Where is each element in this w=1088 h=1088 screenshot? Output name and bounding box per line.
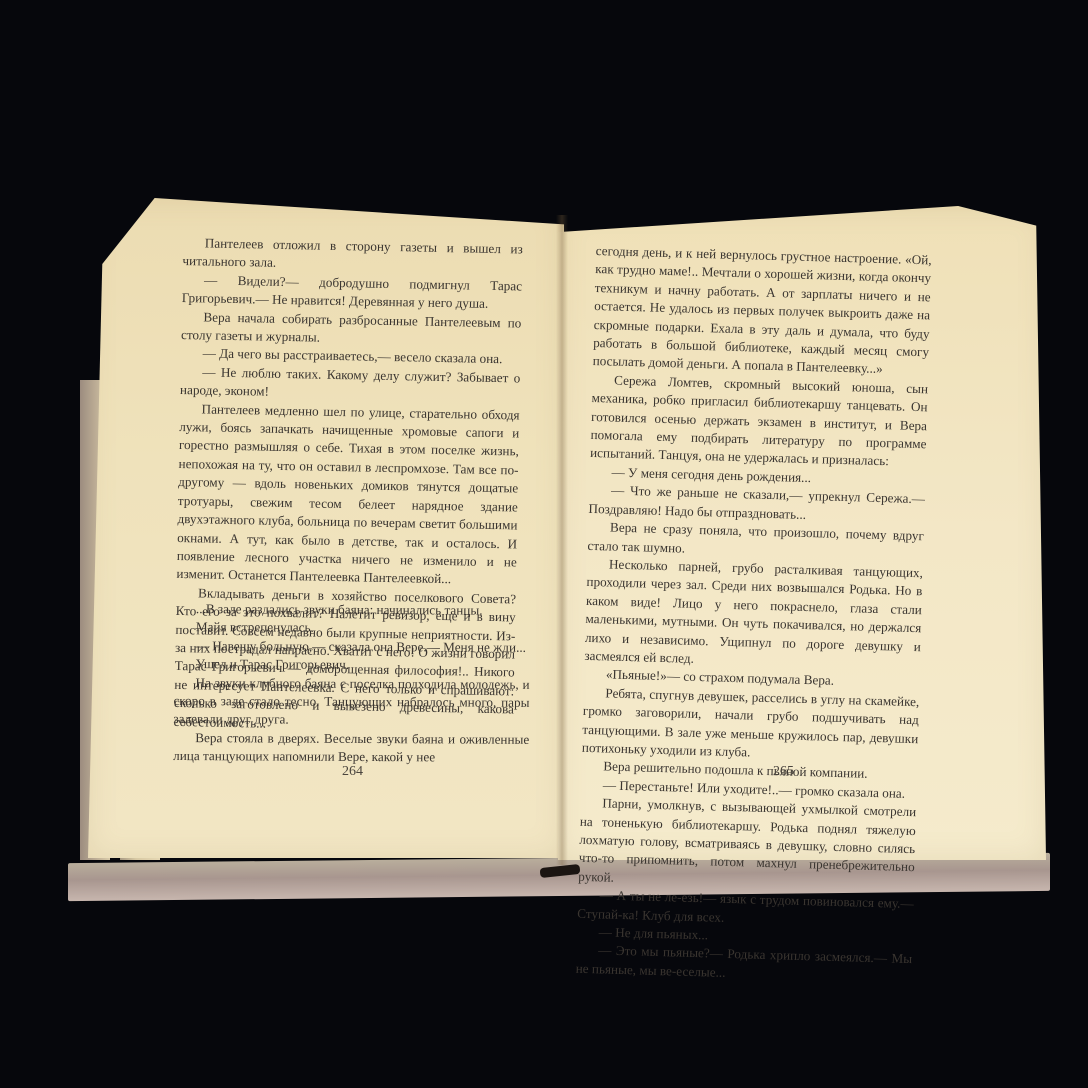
paragraph: Майя встрепенулась. bbox=[174, 618, 530, 638]
paragraph: сегодня день, и к ней вернулось грустное… bbox=[592, 242, 931, 380]
book-gutter bbox=[556, 215, 568, 865]
paragraph: — Не люблю таких. Какому делу служит? За… bbox=[180, 363, 521, 406]
paragraph: Сережа Ломтев, скромный высокий юноша, с… bbox=[590, 371, 928, 472]
paragraph: Ребята, спугнув девушек, расселись в угл… bbox=[582, 684, 920, 767]
right-page-text: сегодня день, и к ней вернулось грустное… bbox=[575, 242, 931, 987]
paragraph: Ушел и Тарас Григорьевич. bbox=[174, 655, 530, 675]
photo-scene: Пантелеев отложил в сторону газеты и выш… bbox=[0, 0, 1088, 1088]
left-page-text-section-2: ...В зале раздались звуки баяна: начинал… bbox=[173, 600, 530, 768]
paragraph: Пантелеев медленно шел по улице, старате… bbox=[176, 400, 519, 591]
paragraph: Несколько парней, грубо расталкивая танц… bbox=[584, 555, 923, 675]
page-number-left: 264 bbox=[342, 764, 363, 780]
paragraph: Пантелеев отложил в сторону газеты и выш… bbox=[182, 234, 523, 277]
paragraph: Вера стояла в дверях. Веселые звуки баян… bbox=[173, 729, 529, 768]
paragraph: Парни, умолкнув, с вызывающей ухмылкой с… bbox=[578, 794, 916, 895]
paragraph: — Навещу больную,— сказала она Вере.— Ме… bbox=[174, 637, 530, 657]
page-number-right: 265 bbox=[773, 764, 794, 780]
paragraph: ...В зале раздались звуки баяна: начинал… bbox=[174, 600, 530, 620]
paragraph: — Видели?— добродушно подмигнул Тарас Гр… bbox=[182, 271, 523, 314]
paragraph: На звуки клубного баяна с поселка подход… bbox=[173, 674, 529, 731]
